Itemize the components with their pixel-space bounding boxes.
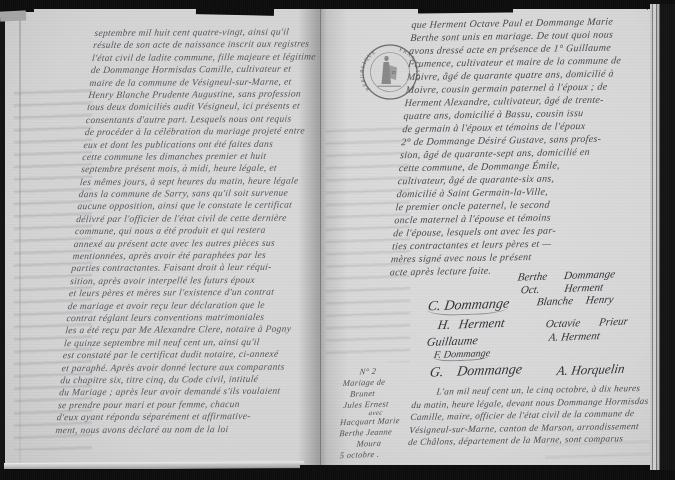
republique-francaise-seal: RÉPUBLIQUE FRANÇAISE 25 [360, 42, 420, 102]
left-page-handwritten-text: septembre mil huit cent quatre-vingt, ai… [55, 26, 323, 437]
handwritten-line: est constaté par le certificat dudit not… [62, 349, 291, 363]
handwritten-line: du Mariage ; après leur avoir demandé s'… [59, 386, 288, 400]
handwritten-line: septembre présent mois, à midi, heure lé… [80, 163, 309, 177]
handwritten-line: ment, nous avons déclaré au nom de la lo… [55, 423, 284, 437]
signature-a-horquelin: A. Horquelin [556, 361, 626, 379]
signature-a-herment: A. Herment [548, 330, 601, 344]
signature-g-dommange: G. Dommange [429, 362, 523, 381]
background-top-band [0, 0, 675, 9]
handwritten-line: annexé au présent acte avec les autres p… [73, 237, 302, 251]
page-corner-tab [0, 10, 26, 21]
signature-guillaume: Guillaume [426, 333, 479, 350]
handwritten-line: de procéder à la célébration du mariage … [84, 126, 313, 140]
seal-denomination: 25 [392, 70, 396, 75]
page-stack-edges [650, 4, 675, 470]
binding-fold-line [320, 7, 321, 468]
signature-h-herment: H. Herment [437, 315, 506, 333]
handwritten-line: de Dommange Hormisdas Camille, cultivate… [90, 64, 319, 78]
background-bottom-band-right [300, 465, 675, 480]
margin-note-next-act: N° 2Mariage deBrunetJules ErnestavecHacq… [337, 364, 418, 461]
background-notch [196, 4, 274, 16]
next-act-opening-text: L'an mil neuf cent un, le cinq octobre, … [407, 383, 662, 450]
handwritten-line: parties contractantes. Faisant droit à l… [71, 262, 300, 276]
register-scan: septembre mil huit cent quatre-vingt, ai… [0, 0, 675, 480]
background-notch [418, 4, 513, 14]
handwritten-line: délivré par l'officier de l'état civil d… [76, 212, 305, 226]
handwritten-line: et leurs pères et mères sur l'existence … [68, 287, 297, 301]
right-page-handwritten-text: que Herment Octave Paul et Dommange Mari… [389, 15, 659, 280]
